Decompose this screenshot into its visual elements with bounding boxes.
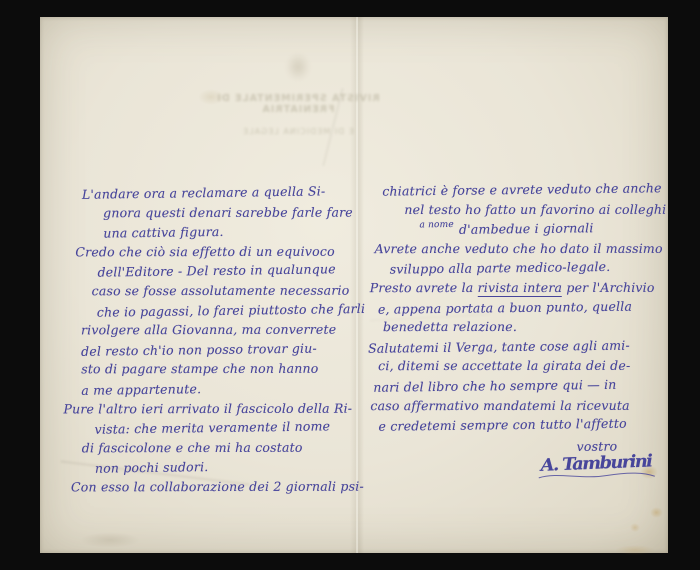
handwritten-line: Credo che ciò sia effetto di un equivoco	[75, 241, 345, 261]
left-page: L'andare ora a reclamare a quella Si- gn…	[75, 182, 347, 497]
handwritten-line: Pure l'altro ieri arrivato il fascicolo …	[63, 398, 346, 418]
handwritten-line: nari del libro che ho sempre qui — in	[373, 374, 663, 397]
handwritten-line: sviluppo alla parte medico-legale.	[390, 257, 663, 280]
handwritten-line: a me appartenute.	[81, 377, 346, 400]
right-page: chiatrici è forse e avrete veduto che an…	[367, 179, 664, 482]
handwritten-line: rivolgere alla Giovanna, ma converrete	[81, 320, 346, 340]
handwritten-text: Presto avrete la	[370, 280, 478, 295]
handwritten-line: e credetemi sempre con tutto l'affetto	[378, 413, 663, 436]
underlined-text: rivista intera	[478, 280, 563, 297]
handwritten-line: Avrete anche veduto che ho dato il massi…	[375, 239, 663, 259]
handwritten-line: nel testo ho fatto un favorino ai colleg…	[404, 199, 662, 219]
handwritten-line: benedetta relazione.	[383, 317, 663, 337]
handwritten-line: vista: che merita veramente il nome	[94, 416, 346, 439]
handwritten-line: una cattiva figura.	[103, 220, 345, 243]
handwritten-line: dell'Editore - Del resto in qualunque	[97, 260, 345, 283]
handwritten-line: che io pagassi, lo farei piuttosto che f…	[97, 299, 346, 322]
handwritten-line-underlined: Presto avrete la rivista intera per l'Ar…	[370, 278, 663, 298]
handwritten-line-with-insertion: a nomed'ambedue i giornali	[419, 218, 662, 241]
handwritten-line: Salutatemi il Verga, tante cose agli ami…	[368, 335, 663, 358]
handwritten-line: non pochi sudori.	[95, 455, 347, 478]
letterhead-showthrough-line2: E DI MEDICINA LEGALE	[208, 127, 388, 136]
foxing-stain	[630, 523, 640, 532]
handwritten-line: gnora questi denari sarebbe farle fare	[103, 202, 345, 222]
handwritten-line: e, appena portata a buon punto, quella	[378, 296, 663, 319]
letterhead-showthrough: RIVISTA SPERIMENTALE DI FRENIATRIA E DI …	[208, 53, 388, 136]
handwritten-text: per l'Archivio	[562, 280, 654, 295]
handwritten-line: del resto ch'io non posso trovar giu-	[81, 338, 346, 361]
handwritten-line: d'ambedue i giornali	[459, 220, 594, 237]
foxing-stain	[650, 507, 663, 518]
interline-insertion: a nome	[419, 220, 454, 230]
handwritten-line: chiatrici è forse e avrete veduto che an…	[382, 178, 662, 201]
handwritten-line: caso se fosse assolutamente necessario	[92, 281, 346, 301]
letter-closing: vostro A. Tamburini	[369, 436, 664, 483]
letter-paper: RIVISTA SPERIMENTALE DI FRENIATRIA E DI …	[40, 17, 668, 553]
letterhead-showthrough-line1: RIVISTA SPERIMENTALE DI FRENIATRIA	[208, 93, 388, 115]
handwritten-line: caso affermativo mandatemi la ricevuta	[370, 395, 663, 415]
foxing-stain	[615, 545, 655, 555]
handwritten-line: Con esso la collaborazione dei 2 giornal…	[71, 477, 347, 497]
foxing-stain	[80, 532, 140, 548]
crest-showthrough-icon	[286, 53, 310, 81]
handwritten-line: ci, ditemi se accettate la girata dei de…	[378, 356, 663, 376]
handwritten-line: L'andare ora a reclamare a quella Si-	[82, 181, 345, 204]
handwritten-line: sto di pagare stampe che non hanno	[81, 359, 346, 379]
handwritten-line: di fascicolone e che mi ha costato	[82, 437, 347, 457]
